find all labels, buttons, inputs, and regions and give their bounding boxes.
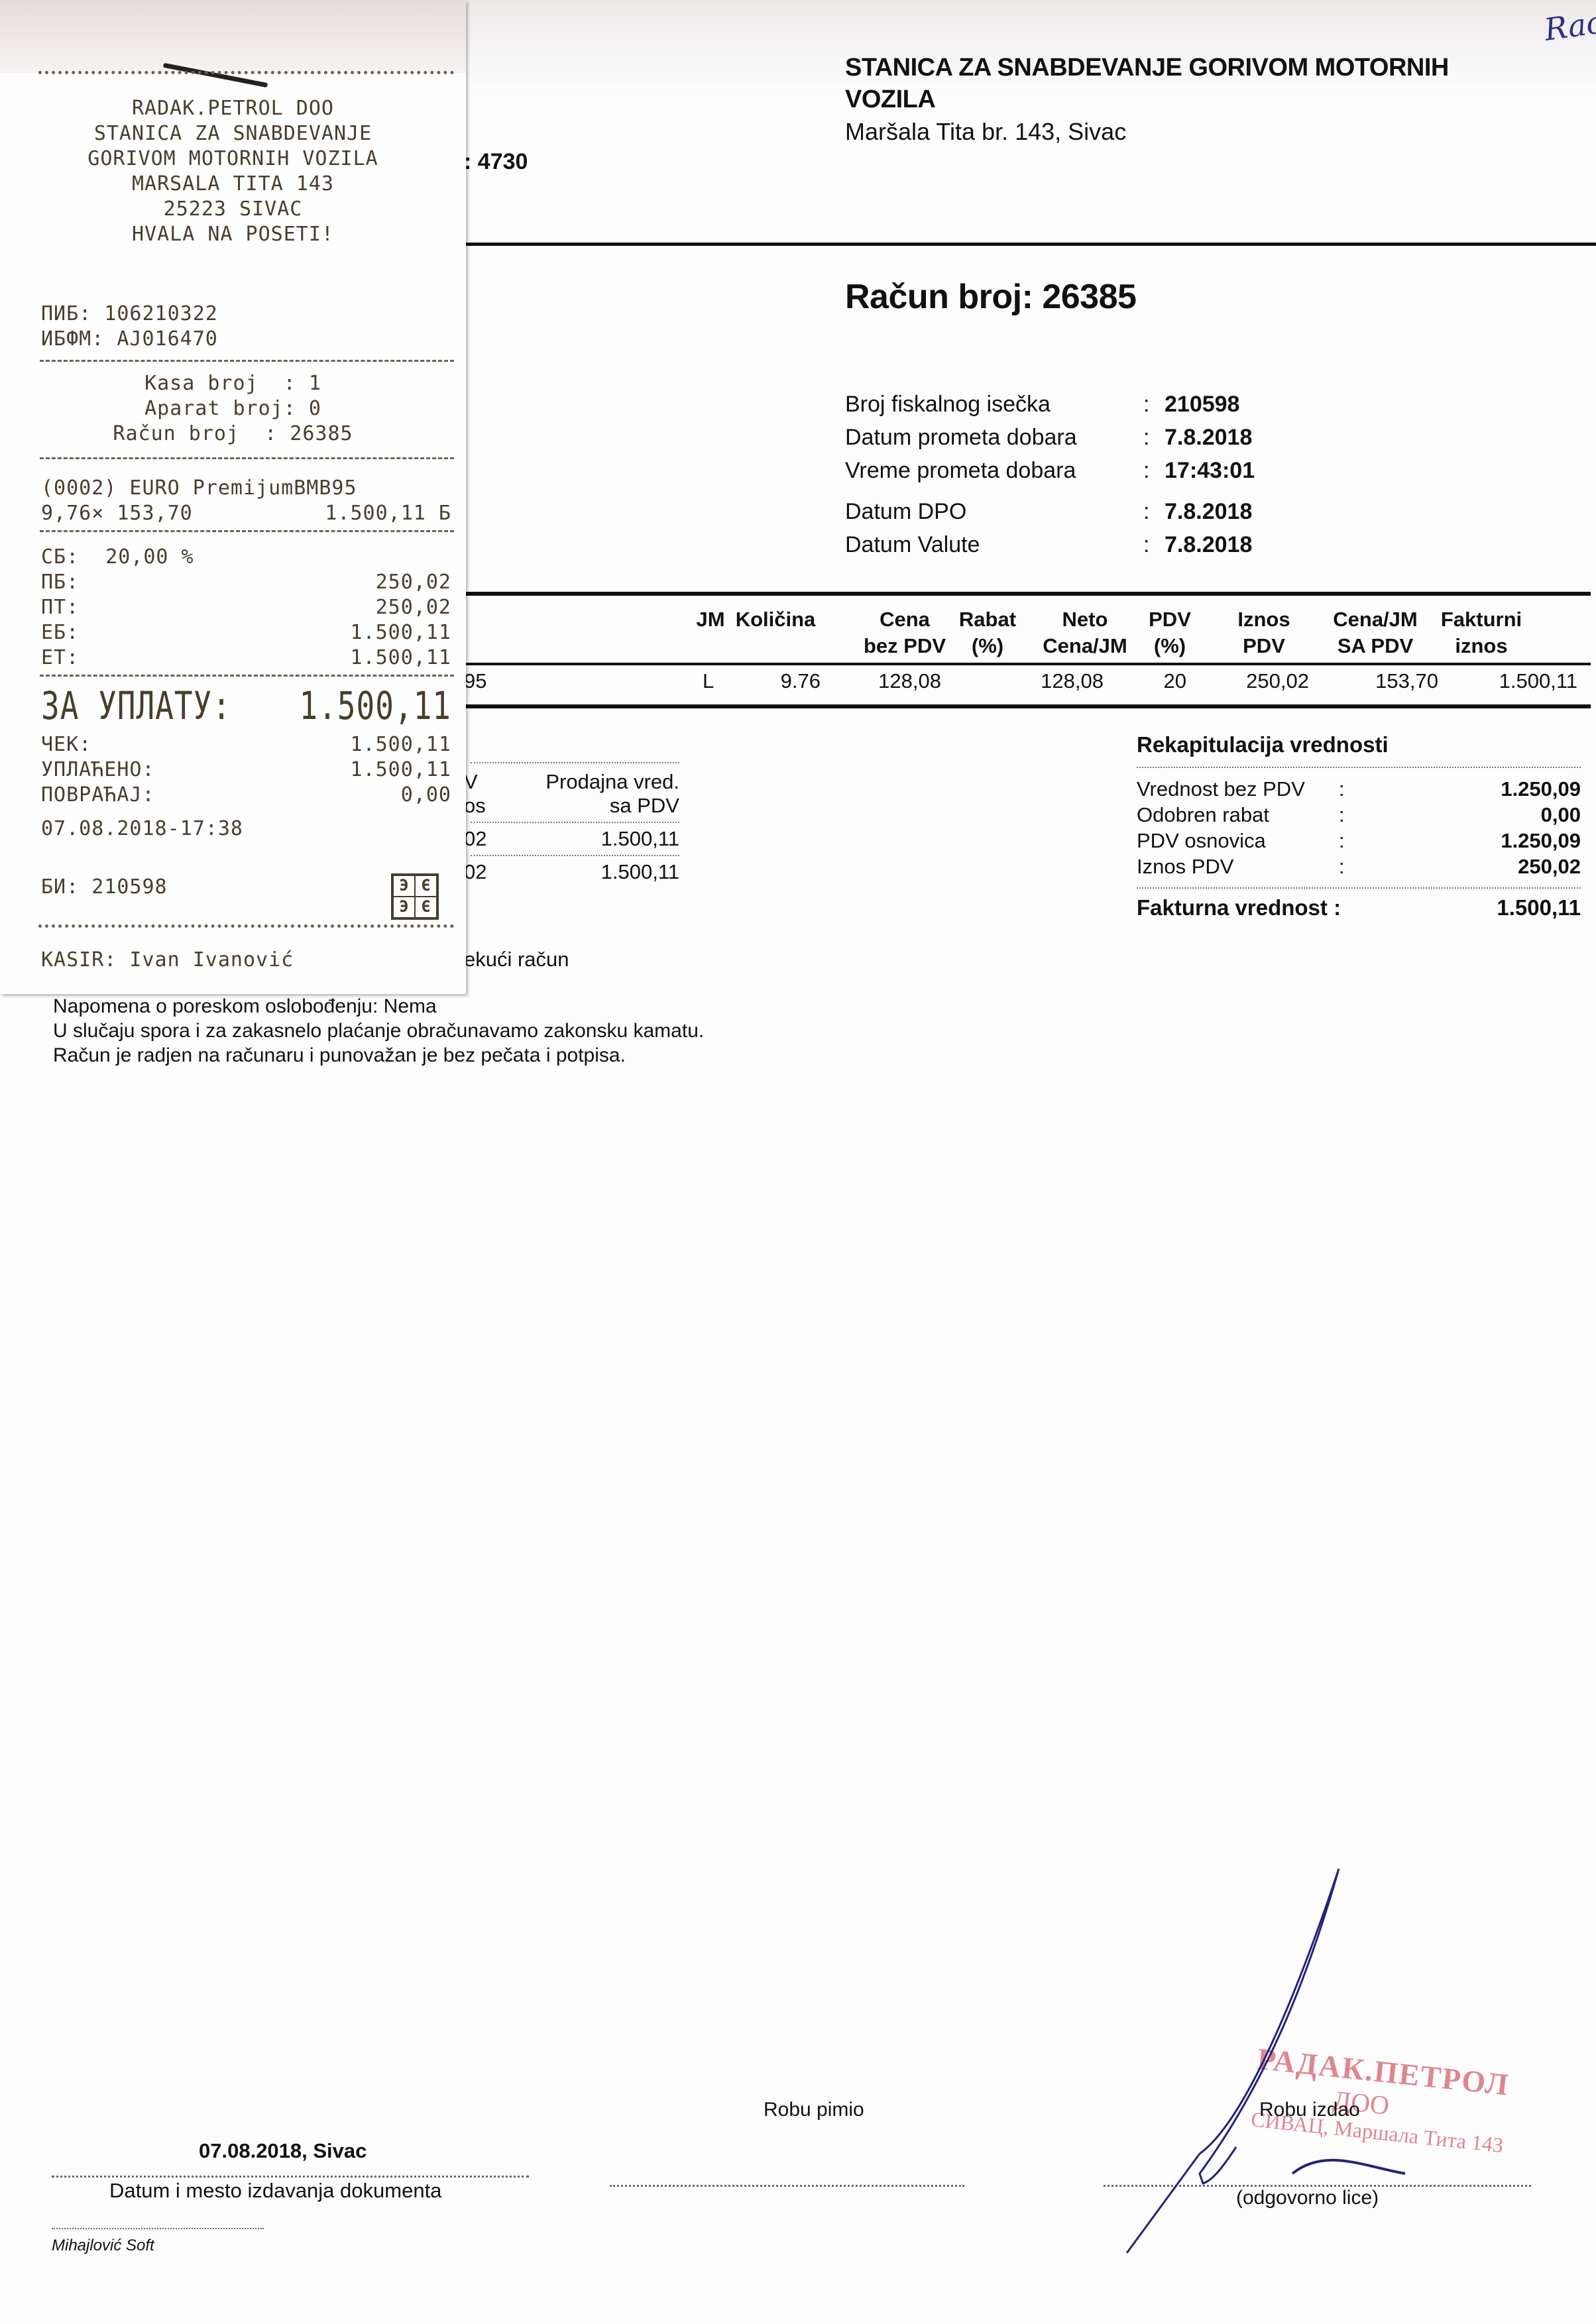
receipt-total-label: ЗА УПЛАТУ: [41,683,231,729]
info-sep: : [1143,421,1165,454]
receipt-dashed-divider [40,457,454,459]
note-late-payment: U slučaju spora i za zakasnelo plaćanje … [53,1019,704,1043]
received-by-line [610,2185,964,2187]
receipt-header-line: HVALA NA POSETI! [0,222,466,247]
recap-sep: : [1339,828,1359,854]
recap-row: Iznos PDV:250,02 [1137,854,1581,879]
recap-label: Odobren rabat [1137,802,1339,828]
receipt-device-number: Aparat broj: 0 [0,396,466,421]
tax-summary-partial: 02 [464,860,486,884]
receipt-tax-label: ЕБ: [41,620,79,645]
recap-divider [1137,767,1581,768]
tax-summary-row: 021.500,11 [464,827,679,851]
info-row-fiscal-number: Broj fiskalnog isečka : 210598 [845,388,1255,421]
info-value: 17:43:01 [1165,454,1255,487]
recap-label: Iznos PDV [1137,854,1339,879]
receipt-register-number: Kasa broj : 1 [0,371,466,396]
info-row-trade-time: Vreme prometa dobara : 17:43:01 [845,454,1255,487]
handwritten-note: Rac [1542,4,1596,48]
tax-summary: VProdajna vred. ossa PDV 021.500,11 021.… [464,762,679,884]
recap-sep: : [1339,802,1359,828]
signature-icon [1047,1855,1418,2253]
info-sep: : [1143,528,1165,561]
tax-summary-partial: 02 [464,827,486,851]
tax-summary-value: 1.500,11 [601,860,679,884]
table-column-header: Fakturniiznos [1408,606,1554,659]
tax-summary-header: Prodajna vred. [545,770,679,794]
recap-row: Odobren rabat:0,00 [1137,802,1581,828]
recap-label: PDV osnovica [1137,828,1339,854]
receipt-header-line: STANICA ZA SNABDEVANJE [0,121,466,146]
issue-date-caption: Datum i mesto izdavanja dokumenta [109,2179,441,2203]
receipt-bi-number: БИ: 210598 [41,875,168,900]
table-column-header: Količina [703,606,848,633]
table-cell: 1.500,11 [1432,669,1577,693]
recap-title: Rekapitulacija vrednosti [1137,732,1581,757]
receipt-item-total: 1.500,11 Б [325,501,451,526]
payment-method-partial: ekući račun [464,948,569,971]
receipt-dashed-divider [40,530,454,532]
recap-row: Vrednost bez PDV:1.250,09 [1137,776,1581,802]
company-name: STANICA ZA SNABDEVANJE GORIVOM MOTORNIH … [845,52,1541,115]
receipt-tax-label: ЕТ: [41,645,79,671]
issue-date-line [52,2176,529,2178]
receipt-ibfm: ИБФМ: AJ016470 [41,327,218,352]
receipt-payment-label: УПЛАЋЕНО: [41,757,155,783]
partial-id-value: : 4730 [464,149,528,175]
software-credit: Mihajlović Soft [52,2237,154,2255]
recap-total-value: 1.500,11 [1341,895,1581,920]
receipt-header-line: RADAK.PETROL DOO [0,96,466,121]
receipt-total-value: 1.500,11 [299,683,451,729]
receipt-tax-value: 250,02 [376,595,451,620]
tax-summary-partial-header: V [464,770,478,794]
note-tax-exemption: Napomena o poreskom oslobođenju: Nema [53,994,704,1019]
table-cell: 250,02 [1163,669,1309,693]
receipt-tax-value: 1.500,11 [351,620,452,645]
invoice-notes: Napomena o poreskom oslobođenju: Nema U … [53,994,704,1068]
info-value: 7.8.2018 [1165,528,1252,561]
receipt-datetime: 07.08.2018-17:38 [41,816,243,842]
company-address: Maršala Tita br. 143, Sivac [845,118,1126,146]
receipt-torn-top [0,0,466,73]
table-cell: 128,08 [795,669,941,693]
info-sep: : [1143,454,1165,487]
table-cell: 153,70 [1292,669,1438,693]
tax-summary-row: 021.500,11 [464,860,679,884]
received-by-label: Robu pimio [764,2099,864,2121]
recap-total-label: Fakturna vrednost : [1137,895,1341,920]
info-label: Datum DPO [845,495,1143,528]
receipt-payment-value: 0,00 [401,783,451,808]
info-label: Broj fiskalnog isečka [845,388,1143,421]
receipt-item-qty-price: 9,76× 153,70 [41,501,193,526]
item-description-partial: 95 [464,669,486,693]
info-row-trade-date: Datum prometa dobara : 7.8.2018 [845,421,1255,454]
recap-value: 1.250,09 [1359,828,1581,854]
info-value: 7.8.2018 [1165,421,1252,454]
receipt-header-line: 25223 SIVAC [0,197,466,222]
tax-summary-value: 1.500,11 [601,827,679,851]
receipt-item-name: (0002) EURO PremijumBMB95 [41,476,357,501]
info-label: Datum Valute [845,528,1143,561]
receipt-dashed-divider [40,675,454,677]
info-row-dpo-date: Datum DPO : 7.8.2018 [845,495,1255,528]
recap-row: PDV osnovica:1.250,09 [1137,828,1581,854]
receipt-tax-value: 1.500,11 [351,645,452,671]
table-bottom-rule [464,704,1591,708]
receipt-payment-value: 1.500,11 [351,757,452,783]
recap-block: Rekapitulacija vrednosti Vrednost bez PD… [1137,732,1581,920]
info-label: Vreme prometa dobara [845,454,1143,487]
receipt-tax-label: ПБ: [41,570,79,595]
receipt-pib: ПИБ: 106210322 [41,302,218,327]
receipt-header-line: GORIVOM MOTORNIH VOZILA [0,146,466,172]
recap-sep: : [1339,776,1359,802]
receipt-payment-value: 1.500,11 [351,732,452,757]
info-value: 210598 [1165,388,1239,421]
table-top-rule [464,592,1591,596]
note-validity: Račun je radjen na računaru i punovažan … [53,1043,704,1068]
receipt-dashed-divider [40,360,454,362]
receipt-dotted-divider [38,924,454,928]
recap-value: 250,02 [1359,854,1581,879]
receipt-payment-label: ЧЕК: [41,732,91,757]
recap-divider [1137,887,1581,889]
tax-summary-header: sa PDV [610,794,679,818]
recap-sep: : [1339,854,1359,879]
recap-total: Fakturna vrednost :1.500,11 [1137,895,1581,920]
invoice-info: Broj fiskalnog isečka : 210598 Datum pro… [845,388,1255,561]
recap-value: 1.250,09 [1359,776,1581,802]
recap-value: 0,00 [1359,802,1581,828]
receipt-cashier: KASIR: Ivan Ivanović [41,948,294,973]
info-sep: : [1143,495,1165,528]
software-line [52,2228,264,2229]
info-label: Datum prometa dobara [845,421,1143,454]
receipt-header-line: MARSALA TITA 143 [0,172,466,197]
invoice-title: Račun broj: 26385 [845,277,1136,317]
receipt-tax-value: 250,02 [376,570,451,595]
info-row-value-date: Datum Valute : 7.8.2018 [845,528,1255,561]
fiscal-receipt: RADAK.PETROL DOO STANICA ZA SNABDEVANJE … [0,0,466,994]
receipt-tax-label: ПТ: [41,595,79,620]
receipt-tax-rate-label: СБ: [41,545,79,570]
receipt-tax-rate-value: 20,00 % [105,545,194,570]
info-sep: : [1143,388,1165,421]
receipt-invoice-number: Račun broj : 26385 [0,421,466,447]
recap-label: Vrednost bez PDV [1137,776,1339,802]
issue-date-place: 07.08.2018, Sivac [199,2139,367,2163]
tax-summary-partial-header: os [464,794,486,818]
receipt-payment-label: ПОВРАЋАЈ: [41,783,155,808]
info-value: 7.8.2018 [1165,495,1252,528]
receipt-dotted-divider [38,71,454,74]
header-rule [464,243,1596,246]
table-header-rule [464,663,1591,665]
